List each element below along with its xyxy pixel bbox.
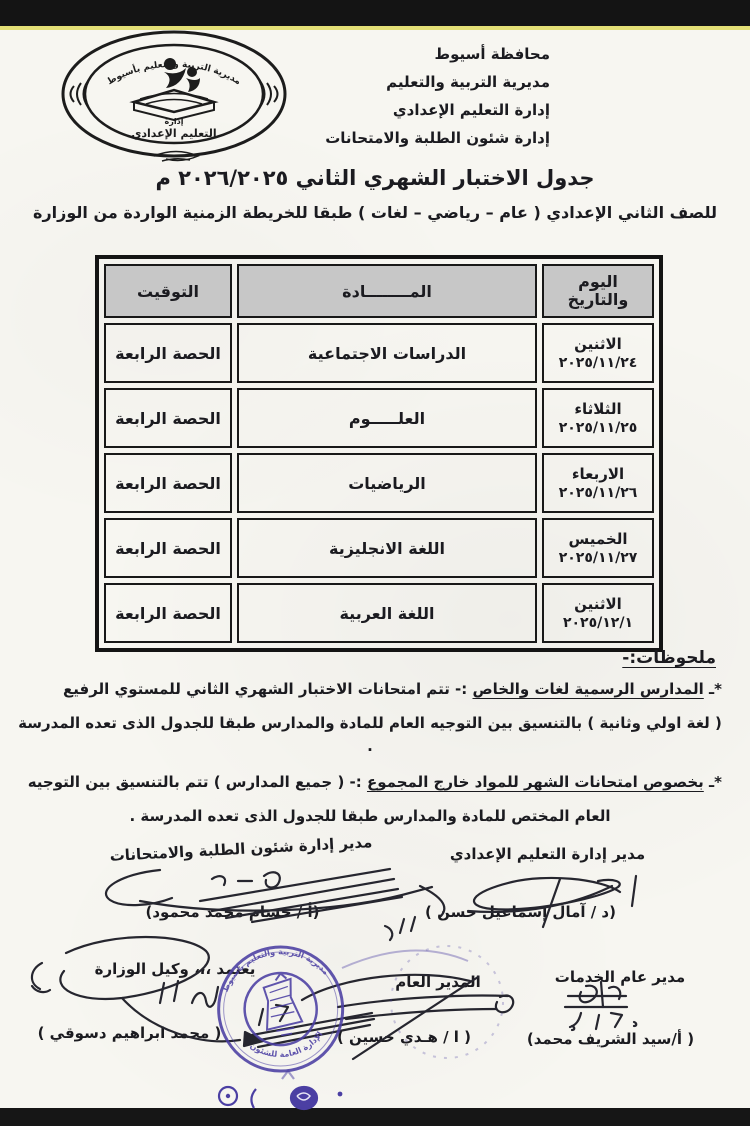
stamp-icon: مديرية التربية والتعليم بأسيوط الإدارة ا… — [182, 911, 379, 1108]
day-date: ٢٠٢٥/١٢/١ — [548, 614, 648, 632]
note-underlined-phrase: المدارس الرسمية لغات والخاص — [473, 680, 704, 698]
table-row: الثلاثاء ٢٠٢٥/١١/٢٥ العلـــــوم الحصة ال… — [104, 388, 654, 448]
notes-section: ملحوظات:- *ـ المدارس الرسمية لغات والخاص… — [18, 648, 722, 841]
table-row: الاثنين ٢٠٢٥/١٢/١ اللغة العربية الحصة ال… — [104, 583, 654, 643]
table-row: الاثنين ٢٠٢٥/١١/٢٤ الدراسات الاجتماعية ا… — [104, 323, 654, 383]
table-row: الخميس ٢٠٢٥/١١/٢٧ اللغة الانجليزية الحصة… — [104, 518, 654, 578]
cell-day-date: الاربعاء ٢٠٢٥/١١/٢٦ — [542, 453, 654, 513]
day-date: ٢٠٢٥/١١/٢٧ — [548, 549, 648, 567]
cell-day-date: الاثنين ٢٠٢٥/١٢/١ — [542, 583, 654, 643]
cell-day-date: الثلاثاء ٢٠٢٥/١١/٢٥ — [542, 388, 654, 448]
cell-subject: اللغة الانجليزية — [237, 518, 537, 578]
cell-subject: العلـــــوم — [237, 388, 537, 448]
signature-name: (د / آمال إسماعيل حسن ) — [408, 903, 633, 921]
day-name: الخميس — [548, 530, 648, 549]
letterhead-prep-administration: إدارة التعليم الإعدادي — [325, 96, 550, 124]
letterhead-governorate: محافظة أسيوط — [325, 40, 550, 68]
cell-day-date: الخميس ٢٠٢٥/١١/٢٧ — [542, 518, 654, 578]
header-subject: المــــــــادة — [237, 264, 537, 318]
day-name: الاربعاء — [548, 465, 648, 484]
signature-block-services-director: مدير عام الخدمات — [540, 968, 700, 986]
day-date: ٢٠٢٥/١١/٢٦ — [548, 484, 648, 502]
document-title: جدول الاختبار الشهري الثاني ٢٠٢٦/٢٠٢٥ م — [0, 166, 750, 190]
letterhead-text-block: محافظة أسيوط مديرية التربية والتعليم إدا… — [325, 40, 550, 152]
header-timing: التوقيت — [104, 264, 232, 318]
document-subtitle: للصف الثاني الإعدادي ( عام – رياضي – لغا… — [0, 203, 750, 222]
emblem-icon: مديرية التربية والتعليم بأسيوط إدارة الت… — [58, 28, 290, 162]
emblem-main-text: التعليم الإعدادي — [131, 127, 216, 140]
notes-heading: ملحوظات:- — [18, 648, 716, 668]
note-item-1-line-1: *ـ المدارس الرسمية لغات والخاص :- تتم ام… — [18, 678, 722, 701]
cell-timing: الحصة الرابعة — [104, 583, 232, 643]
emblem-sub-text: إدارة — [165, 117, 184, 126]
cell-timing: الحصة الرابعة — [104, 453, 232, 513]
note-underlined-phrase: بخصوص امتحانات الشهر للمواد خارج المجموع — [367, 773, 704, 791]
cell-subject: الرياضيات — [237, 453, 537, 513]
note-bullet: *ـ — [704, 680, 722, 698]
signature-scribble-services-director — [565, 982, 636, 1030]
header-day-date: اليوم والتاريخ — [542, 264, 654, 318]
cell-timing: الحصة الرابعة — [104, 323, 232, 383]
cell-subject: الدراسات الاجتماعية — [237, 323, 537, 383]
day-date: ٢٠٢٥/١١/٢٤ — [548, 354, 648, 372]
day-date: ٢٠٢٥/١١/٢٥ — [548, 419, 648, 437]
signature-title: المدير العام — [382, 973, 494, 991]
cell-timing: الحصة الرابعة — [104, 518, 232, 578]
signature-name-services-director: ( أ/سيد الشريف محمد) — [518, 1030, 703, 1048]
cell-day-date: الاثنين ٢٠٢٥/١١/٢٤ — [542, 323, 654, 383]
table-header-row: اليوم والتاريخ المــــــــادة التوقيت — [104, 264, 654, 318]
day-name: الاثنين — [548, 595, 648, 614]
note-bullet: *ـ — [704, 773, 722, 791]
signature-name-prep-director: (د / آمال إسماعيل حسن ) — [408, 903, 633, 921]
cell-subject: اللغة العربية — [237, 583, 537, 643]
letterhead-student-affairs: إدارة شئون الطلبة والامتحانات — [325, 124, 550, 152]
cell-timing: الحصة الرابعة — [104, 388, 232, 448]
letterhead-directorate: مديرية التربية والتعليم — [325, 68, 550, 96]
note-text: :- تتم امتحانات الاختبار الشهري الثاني ل… — [63, 680, 473, 698]
scanned-document: محافظة أسيوط مديرية التربية والتعليم إدا… — [0, 0, 750, 1126]
scan-edge-top — [0, 0, 750, 26]
note-item-2-line-1: *ـ بخصوص امتحانات الشهر للمواد خارج المج… — [18, 771, 722, 794]
note-item-2-line-2: العام المختص للمادة والمدارس طبقا للجدول… — [18, 805, 722, 828]
day-name: الثلاثاء — [548, 400, 648, 419]
directorate-emblem-logo: مديرية التربية والتعليم بأسيوط إدارة الت… — [58, 28, 290, 166]
signature-block-prep-director: مدير إدارة التعليم الإعدادي — [425, 845, 670, 863]
signature-name: ( أ/سيد الشريف محمد) — [518, 1030, 703, 1048]
exam-schedule-table: اليوم والتاريخ المــــــــادة التوقيت ال… — [95, 255, 663, 652]
day-name: الاثنين — [548, 335, 648, 354]
note-text: :- ( جميع المدارس ) تتم بالتنسيق بين الت… — [28, 773, 367, 791]
signature-title: مدير إدارة التعليم الإعدادي — [425, 845, 670, 863]
note-item-1-line-2: ( لغة اولي وثانية ) بالتنسيق بين التوجيه… — [18, 712, 722, 758]
signature-block-general-director: المدير العام — [382, 973, 494, 991]
scan-edge-bottom — [0, 1108, 750, 1126]
official-round-stamp: مديرية التربية والتعليم بأسيوط الإدارة ا… — [182, 911, 380, 1112]
table-row: الاربعاء ٢٠٢٥/١١/٢٦ الرياضيات الحصة الرا… — [104, 453, 654, 513]
signature-title: مدير عام الخدمات — [540, 968, 700, 986]
